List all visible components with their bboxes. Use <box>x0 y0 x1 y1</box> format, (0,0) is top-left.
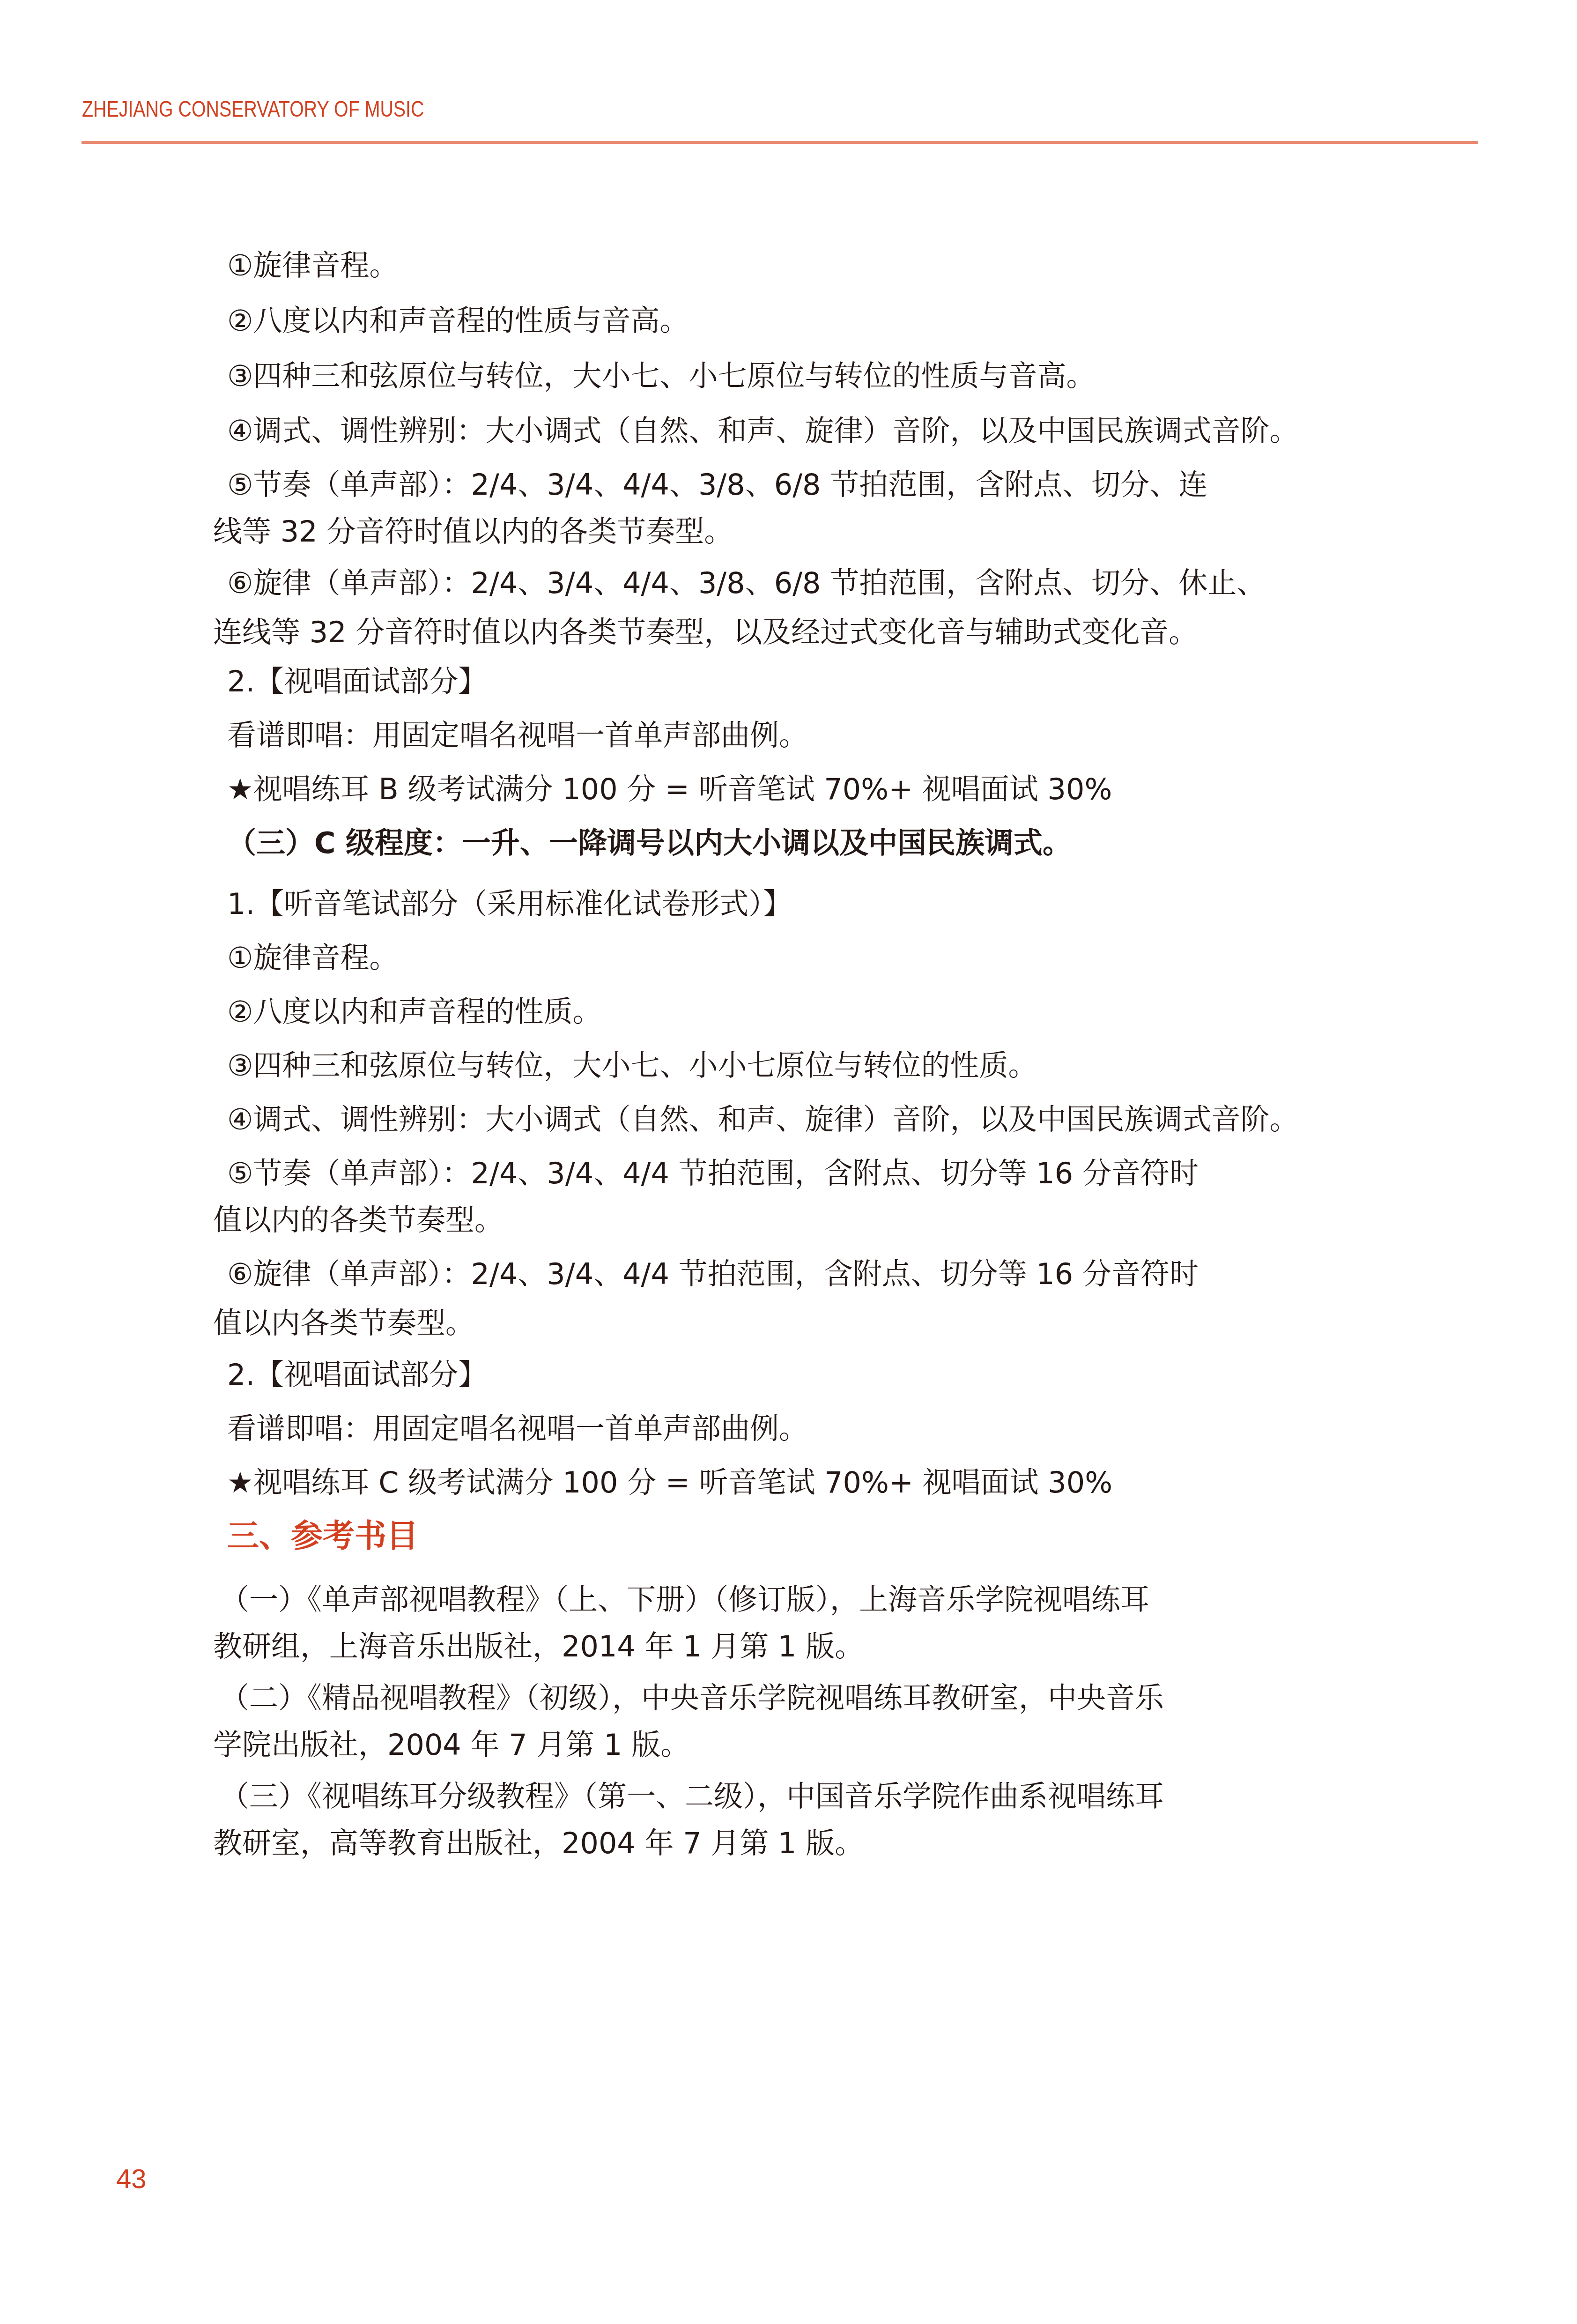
list-item: ⑤节奏（单声部）：2/4、3/4、4/4、3/8、6/8 节拍范围，含附点、切分… <box>227 466 1207 504</box>
header-divider <box>81 141 1478 144</box>
section-subheading: 2.【视唱面试部分】 <box>227 663 487 700</box>
section-subheading: 2.【视唱面试部分】 <box>227 1356 487 1394</box>
score-note: ★视唱练耳 C 级考试满分 100 分 = 听音笔试 70%+ 视唱面试 30% <box>227 1464 1112 1501</box>
list-item: ③四种三和弦原位与转位，大小七、小小七原位与转位的性质。 <box>227 1047 1037 1084</box>
list-item-continuation: 值以内的各类节奏型。 <box>213 1202 503 1239</box>
list-item: ⑥旋律（单声部）：2/4、3/4、4/4 节拍范围，含附点、切分等 16 分音符… <box>227 1255 1199 1293</box>
list-item: ②八度以内和声音程的性质。 <box>227 993 602 1031</box>
list-item: ③四种三和弦原位与转位，大小七、小七原位与转位的性质与音高。 <box>227 357 1096 395</box>
level-heading: （三）C 级程度：一升、一降调号以内大小调以及中国民族调式。 <box>227 824 1072 862</box>
reference-item: （二）《精品视唱教程》（初级），中央音乐学院视唱练耳教研室，中央音乐 <box>220 1679 1164 1717</box>
reference-item: （一）《单声部视唱教程》（上、下册）（修订版），上海音乐学院视唱练耳 <box>220 1581 1149 1619</box>
list-item-continuation: 线等 32 分音符时值以内的各类节奏型。 <box>213 513 733 550</box>
reference-item-continuation: 教研组，上海音乐出版社，2014 年 1 月第 1 版。 <box>213 1628 864 1665</box>
list-item: ④调式、调性辨别：大小调式（自然、和声、旋律）音阶，以及中国民族调式音阶。 <box>227 1101 1299 1138</box>
page-number: 43 <box>116 2163 147 2195</box>
reference-item-continuation: 教研室，高等教育出版社，2004 年 7 月第 1 版。 <box>213 1825 864 1862</box>
section-subheading: 1.【听音笔试部分（采用标准化试卷形式）】 <box>227 885 792 923</box>
section-heading-references: 三、参考书目 <box>227 1518 418 1555</box>
paragraph: 看谱即唱：用固定唱名视唱一首单声部曲例。 <box>227 1410 808 1448</box>
score-note: ★视唱练耳 B 级考试满分 100 分 = 听音笔试 70%+ 视唱面试 30% <box>227 771 1112 808</box>
list-item: ②八度以内和声音程的性质与音高。 <box>227 302 689 340</box>
reference-item: （三）《视唱练耳分级教程》（第一、二级），中国音乐学院作曲系视唱练耳 <box>220 1778 1164 1815</box>
list-item: ①旋律音程。 <box>227 939 399 977</box>
list-item: ①旋律音程。 <box>227 247 399 284</box>
list-item-continuation: 连线等 32 分音符时值以内各类节奏型，以及经过式变化音与辅助式变化音。 <box>213 614 1198 651</box>
header-institution-name: ZHEJIANG CONSERVATORY OF MUSIC <box>82 97 424 122</box>
list-item: ④调式、调性辨别：大小调式（自然、和声、旋律）音阶，以及中国民族调式音阶。 <box>227 412 1299 450</box>
reference-item-continuation: 学院出版社，2004 年 7 月第 1 版。 <box>213 1726 689 1764</box>
paragraph: 看谱即唱：用固定唱名视唱一首单声部曲例。 <box>227 717 808 754</box>
list-item: ⑤节奏（单声部）：2/4、3/4、4/4 节拍范围，含附点、切分等 16 分音符… <box>227 1155 1199 1192</box>
list-item-continuation: 值以内各类节奏型。 <box>213 1305 474 1342</box>
list-item: ⑥旋律（单声部）：2/4、3/4、4/4、3/8、6/8 节拍范围，含附点、切分… <box>227 564 1266 602</box>
